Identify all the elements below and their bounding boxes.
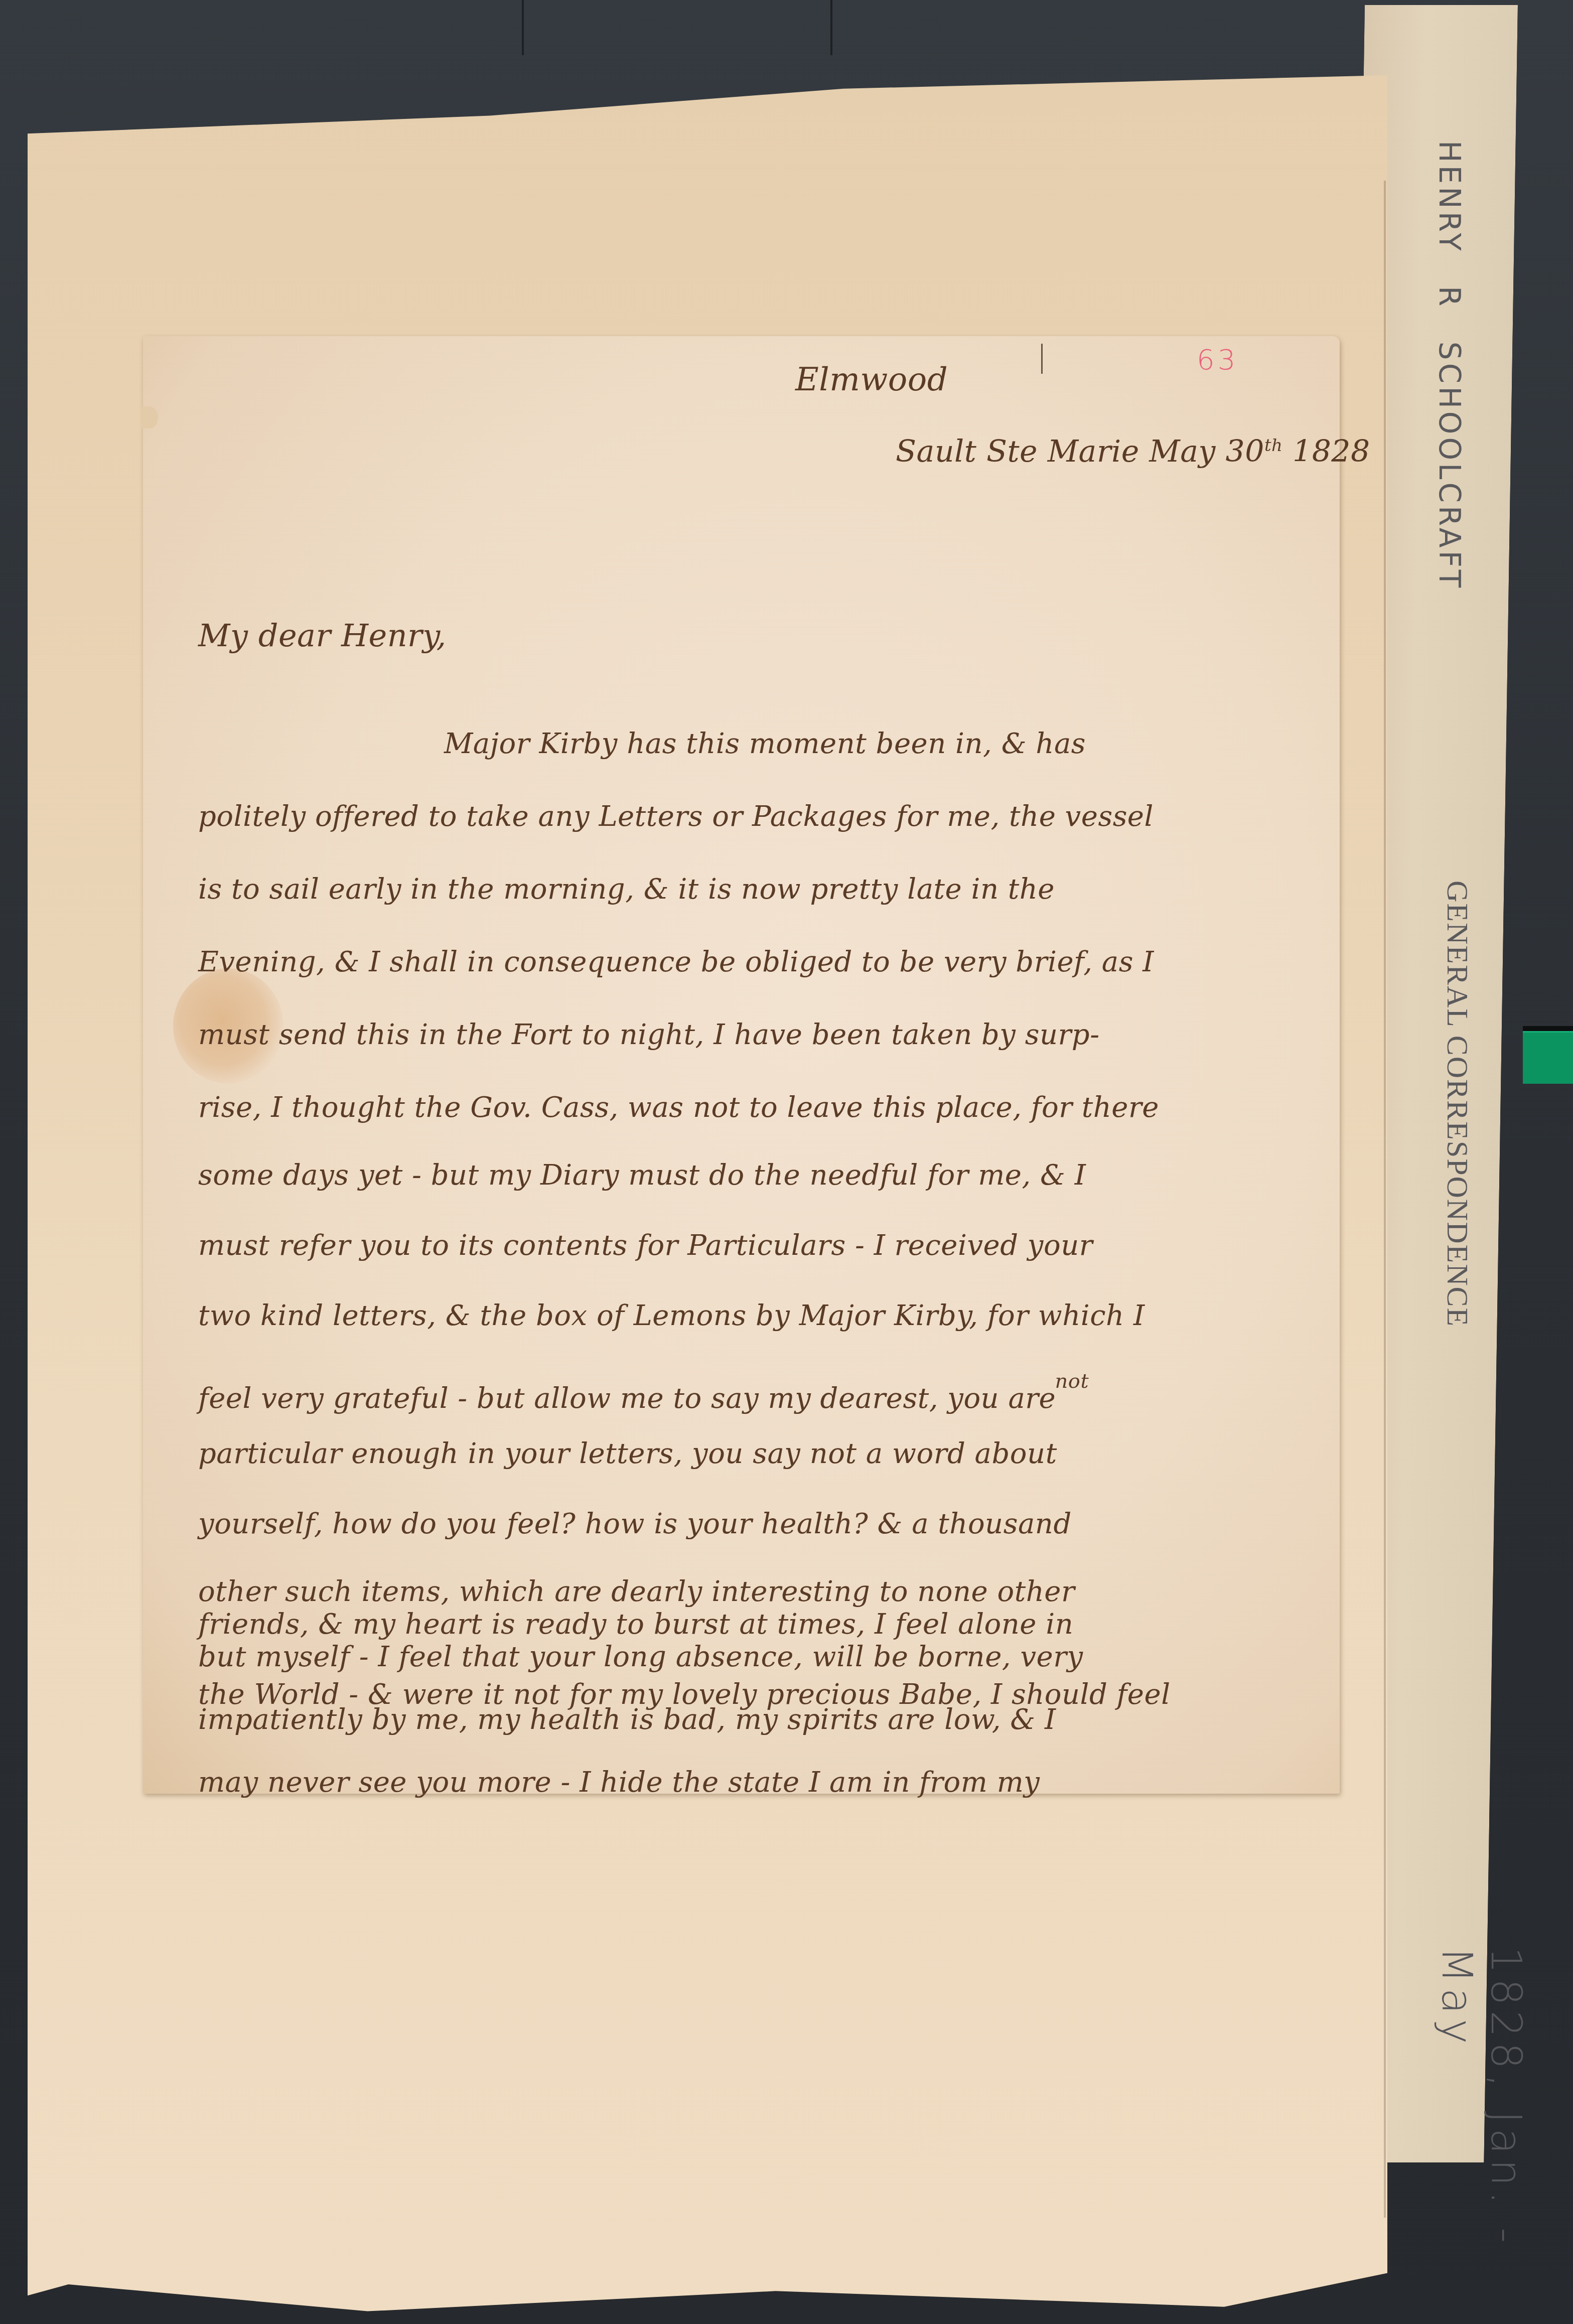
letter-line: rise, I thought the Gov. Cass, was not t…	[198, 1091, 1302, 1124]
folder-label-name: HENRY R SCHOOLCRAFT	[1433, 140, 1467, 591]
backing-sheet-edge	[1384, 181, 1386, 2218]
letter-line-text: feel very grateful - but allow me to say…	[198, 1382, 1056, 1415]
letter-line: friends, & my heart is ready to burst at…	[198, 1608, 1302, 1641]
letter-line: particular enough in your letters, you s…	[198, 1437, 1302, 1470]
letter-line: but myself - I feel that your long absen…	[198, 1641, 1302, 1673]
folder-label-dates: 1828, Jan. - May	[1433, 1947, 1531, 2324]
letter-line: must send this in the Fort to night, I h…	[198, 1019, 1302, 1051]
letter-page: 63 Elmwood Sault Ste Marie May 30th 1828…	[143, 336, 1340, 1794]
letter-line: Major Kirby has this moment been in, & h…	[444, 728, 1302, 760]
dateline-year: 1828	[1293, 434, 1370, 469]
letter-dateline: Sault Ste Marie May 30th 1828	[896, 434, 1370, 469]
green-folder-tab	[1523, 1031, 1573, 1084]
interlinear-insertion: not	[1055, 1370, 1089, 1393]
dateline-superscript: th	[1264, 435, 1283, 456]
fold-mark	[1041, 344, 1043, 374]
letter-line: two kind letters, & the box of Lemons by…	[198, 1299, 1302, 1332]
background-seam	[522, 0, 524, 55]
letter-line: Evening, & I shall in consequence be obl…	[198, 946, 1302, 978]
letter-line: must refer you to its contents for Parti…	[198, 1229, 1302, 1262]
letter-line: the World - & were it not for my lovely …	[198, 1678, 1302, 1711]
letter-line: is to sail early in the morning, & it is…	[198, 873, 1302, 906]
archive-page-number: 63	[1197, 344, 1238, 376]
letter-line: may never see you more - I hide the stat…	[198, 1766, 1302, 1799]
letter-line: feel very grateful - but allow me to say…	[198, 1370, 1302, 1415]
letter-line: some days yet - but my Diary must do the…	[198, 1159, 1302, 1192]
letter-line: politely offered to take any Letters or …	[198, 800, 1302, 833]
letter-place: Elmwood	[795, 361, 948, 398]
background-seam	[830, 0, 832, 55]
dateline-text: Sault Ste Marie May 30	[896, 434, 1264, 469]
letter-salutation: My dear Henry,	[198, 617, 447, 654]
letter-line: yourself, how do you feel? how is your h…	[198, 1508, 1302, 1540]
letter-line: other such items, which are dearly inter…	[198, 1575, 1302, 1608]
folder-label-series: GENERAL CORRESPONDENCE	[1440, 881, 1475, 1327]
